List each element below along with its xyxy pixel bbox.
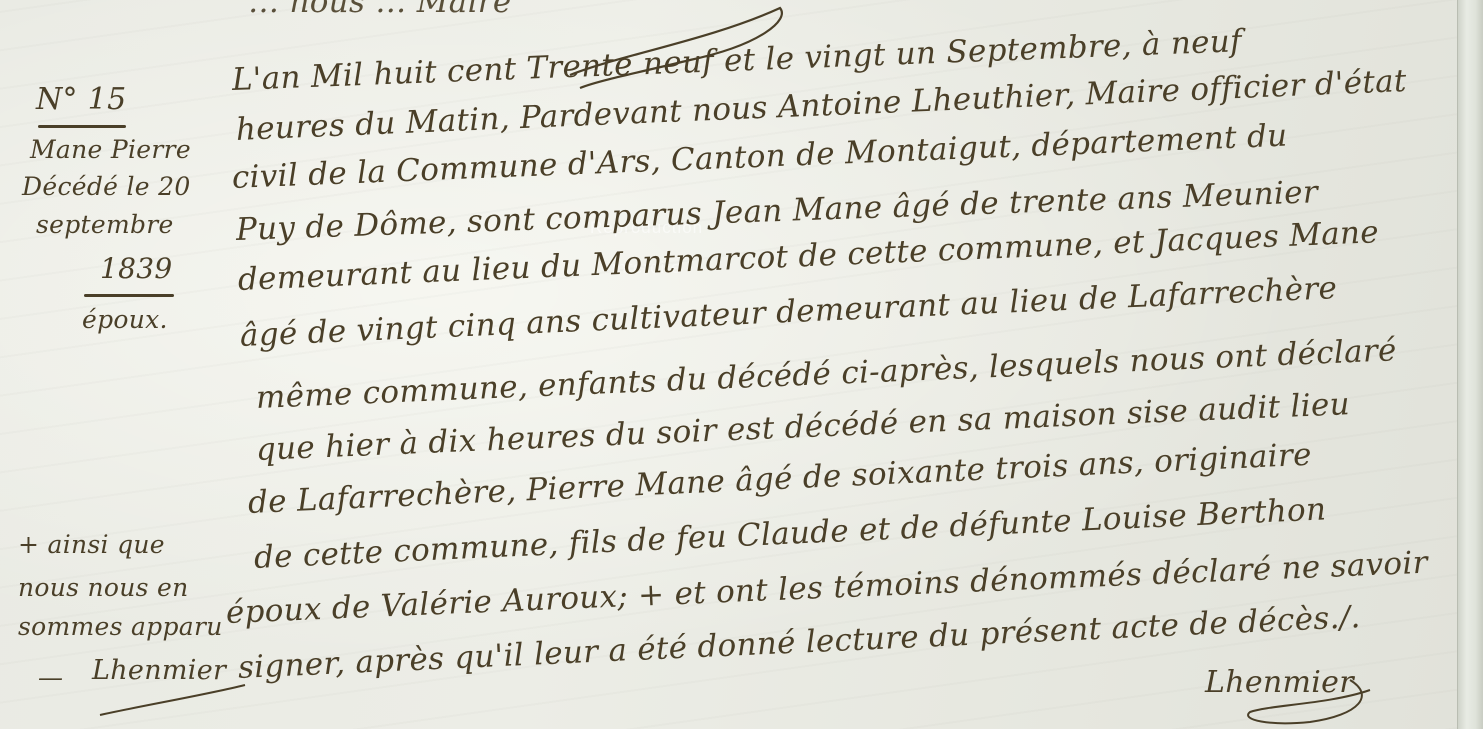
margin-addendum-line-1: + ainsi que: [18, 530, 165, 559]
margin-addendum-line-2: nous nous en: [18, 573, 189, 602]
signature-flourish-icon: [1200, 660, 1380, 729]
margin-year-underline: [84, 294, 174, 297]
margin-entry-number: N° 15: [36, 82, 126, 117]
margin-name: Mane Pierre: [30, 135, 191, 164]
page-edge: [1457, 0, 1483, 729]
margin-month: septembre: [36, 210, 174, 239]
margin-died-line: Décédé le 20: [22, 172, 191, 201]
margin-entry-number-underline: [38, 125, 126, 128]
register-page: Reproduction interdite … nous … Maire N°…: [0, 0, 1458, 729]
top-fragment: … nous … Maire: [248, 0, 512, 20]
margin-year: 1839: [100, 252, 172, 285]
margin-addendum-line-3: sommes apparu: [18, 612, 223, 641]
margin-dash: —: [38, 663, 63, 692]
margin-signature-flourish-icon: [95, 680, 255, 725]
margin-note: époux.: [82, 305, 168, 334]
